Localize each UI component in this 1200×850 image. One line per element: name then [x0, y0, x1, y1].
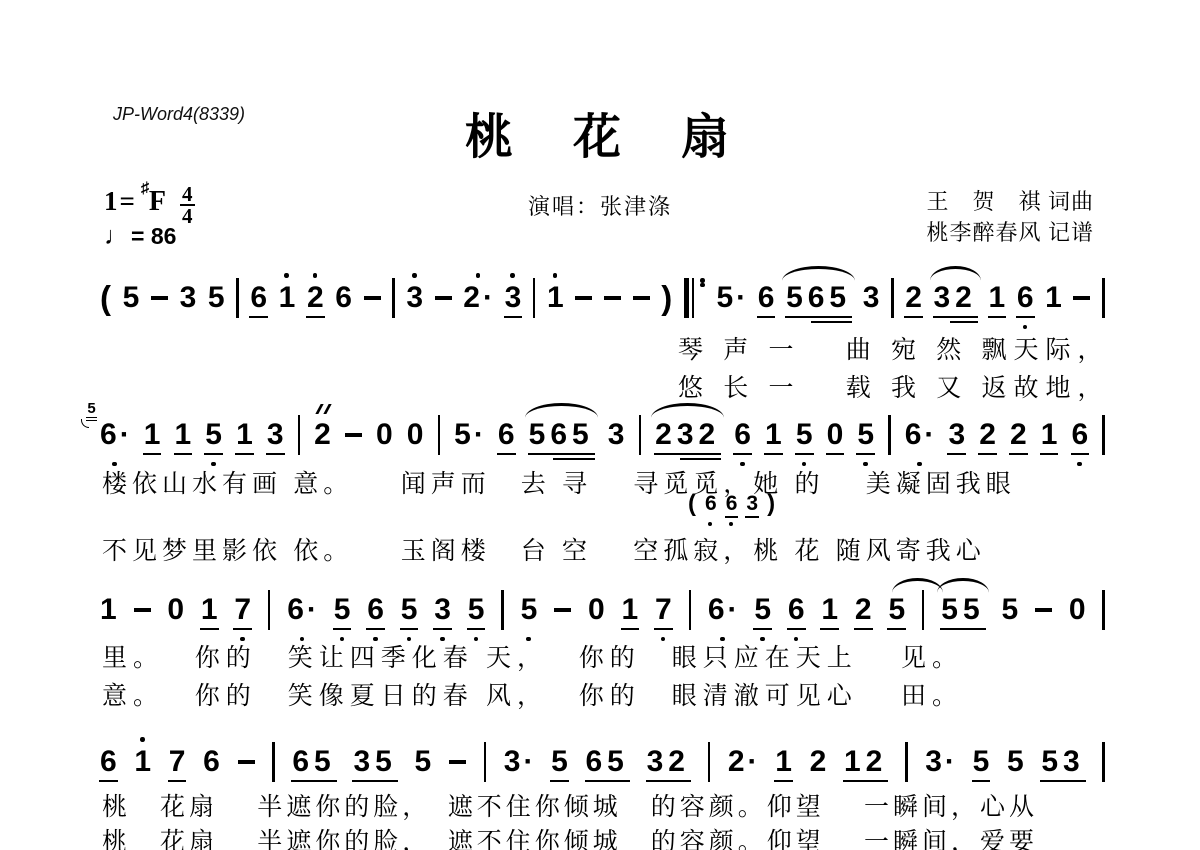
- note: 0: [407, 419, 424, 451]
- note: 1: [100, 594, 117, 626]
- note-digit: 2: [314, 419, 331, 451]
- note: 3: [434, 594, 451, 626]
- beam-line: [497, 453, 516, 456]
- lyric-row: 桃 花扇 半遮你的脸， 遮不住你倾城 的容颜。仰望 一瞬间，爱要: [102, 822, 1162, 850]
- note: 53: [1041, 746, 1084, 778]
- note: 5: [205, 419, 222, 451]
- barline: [484, 742, 487, 782]
- note: 1: [765, 419, 782, 451]
- note-digit: 1: [144, 419, 161, 451]
- notation-mark: [86, 417, 97, 419]
- octave-dot-above: [510, 273, 515, 278]
- note: 6: [335, 282, 352, 314]
- beam-line: [785, 316, 852, 319]
- note: 32: [647, 746, 690, 778]
- beam-line: [400, 628, 419, 631]
- note-digit: 7: [169, 746, 186, 778]
- tie-arc: [782, 266, 855, 281]
- beam-line: [787, 628, 806, 631]
- note-digit: 1: [134, 746, 151, 778]
- note: 6: [250, 282, 267, 314]
- note: 0: [167, 594, 184, 626]
- note: 2: [810, 746, 827, 778]
- barline: [708, 742, 711, 782]
- note-digit: 6: [758, 282, 775, 314]
- note-digit: 32: [647, 746, 690, 778]
- augmentation-dot: ·: [945, 746, 955, 778]
- note: 5: [1001, 594, 1018, 626]
- beam-line: [306, 316, 325, 319]
- augmentation-dot: ·: [523, 746, 533, 778]
- note-digit: 6: [203, 746, 220, 778]
- augmentation-dot: ·: [120, 419, 130, 451]
- tie-arc: [937, 578, 988, 593]
- note-digit: 5: [754, 594, 771, 626]
- notation-mark: [684, 278, 689, 318]
- music-line-1: (535612632·31)5·65653232161: [100, 276, 1105, 320]
- beam-line: [826, 453, 845, 456]
- beam-line: [1040, 453, 1059, 456]
- note-digit: 1: [279, 282, 296, 314]
- lyric-row: 桃 花扇 半遮你的脸， 遮不住你倾城 的容颜。仰望 一瞬间，心从: [102, 787, 1162, 823]
- grace-note: 5: [86, 401, 97, 416]
- beam-line: [1040, 780, 1085, 783]
- note-digit: 6: [1017, 282, 1034, 314]
- repeat-open-sign: [684, 278, 705, 318]
- dash-note: [575, 296, 592, 300]
- beam-line: [680, 458, 721, 461]
- note: 6: [100, 746, 117, 778]
- note: 3: [180, 282, 197, 314]
- note-digit: 6: [498, 419, 515, 451]
- note: 1: [175, 419, 192, 451]
- note-digit: 53: [1041, 746, 1084, 778]
- notation-mark: [700, 283, 705, 288]
- note-digit: 3: [406, 282, 423, 314]
- note-digit: 1: [1041, 419, 1058, 451]
- transcriber-credit: 桃李醉春风 记谱: [926, 217, 1094, 248]
- composer-credit: 王 贺 祺 词曲: [926, 186, 1094, 217]
- note-digit: 1: [100, 594, 117, 626]
- note: 5: [208, 282, 225, 314]
- beam-line: [753, 628, 772, 631]
- beam-line: [168, 780, 187, 783]
- note-digit: 3: [434, 594, 451, 626]
- note-digit: 1: [775, 746, 792, 778]
- beam-line: [467, 628, 486, 631]
- beam-line: [1016, 316, 1035, 319]
- note: 5: [888, 594, 905, 626]
- tempo-value: = 86: [131, 223, 176, 250]
- octave-dot-above: [140, 737, 145, 742]
- dash-note: [345, 433, 362, 437]
- note-digit: 3: [948, 419, 965, 451]
- dash-note: [449, 760, 466, 764]
- note: 6: [758, 282, 775, 314]
- note-digit: 5: [796, 419, 813, 451]
- music-line-2: 56·115132005·65653232615056·32216: [100, 413, 1105, 457]
- note: 5·: [716, 282, 746, 314]
- beam-line: [235, 453, 254, 456]
- note: 0: [376, 419, 393, 451]
- beam-line: [99, 780, 118, 783]
- note: 1: [622, 594, 639, 626]
- beam-line: [266, 453, 285, 456]
- beam-line: [745, 516, 759, 518]
- note: 1: [1041, 419, 1058, 451]
- note: 7: [169, 746, 186, 778]
- note: 1: [547, 282, 564, 314]
- note: 5: [401, 594, 418, 626]
- note-digit: 5: [415, 746, 432, 778]
- note-digit: 3: [267, 419, 284, 451]
- note-digit: 1: [236, 419, 253, 451]
- beam-line: [585, 780, 630, 783]
- note: 5·: [454, 419, 484, 451]
- note-digit: 5: [1001, 594, 1018, 626]
- note: 1: [989, 282, 1006, 314]
- note: 3: [406, 282, 423, 314]
- tie-arc: [525, 403, 598, 418]
- octave-dot-above: [284, 273, 289, 278]
- note-digit: 5: [334, 594, 351, 626]
- augmentation-dot: ·: [307, 594, 317, 626]
- note-digit: 6: [100, 746, 117, 778]
- barline: [533, 278, 536, 318]
- beam-line: [528, 453, 595, 456]
- note: 6: [1017, 282, 1034, 314]
- note: 1: [279, 282, 296, 314]
- note: 1: [144, 419, 161, 451]
- lyric-row: 悠 长 一 载 我 又 返故地，: [102, 368, 1200, 404]
- note: 65: [586, 746, 629, 778]
- note-digit: 5: [973, 746, 990, 778]
- beam-line: [621, 628, 640, 631]
- note-digit: 5: [888, 594, 905, 626]
- note-digit: 232: [655, 419, 720, 451]
- note-digit: 3: [180, 282, 197, 314]
- note: 6: [367, 594, 384, 626]
- note-digit: 5: [208, 282, 225, 314]
- note: 1: [201, 594, 218, 626]
- note: 3: [505, 282, 522, 314]
- octave-dot-below: [729, 522, 733, 526]
- note-digit: 2: [810, 746, 827, 778]
- note: 1: [775, 746, 792, 778]
- lyric-row: 琴 声 一 曲 宛 然 飘天际，: [102, 330, 1200, 366]
- beam-line: [550, 780, 569, 783]
- note: 5: [468, 594, 485, 626]
- note: 2: [979, 419, 996, 451]
- beam-line: [887, 628, 906, 631]
- beam-line: [233, 628, 252, 631]
- beam-line: [249, 316, 268, 319]
- note-digit: 65: [586, 746, 629, 778]
- beam-line: [795, 453, 814, 456]
- music-line-4: 6176653553·565322·12123·5553: [100, 740, 1105, 784]
- note-digit: 65: [292, 746, 335, 778]
- note: 2·: [463, 282, 493, 314]
- note-digit: 1: [765, 419, 782, 451]
- beam-line: [774, 780, 793, 783]
- note: 565: [529, 419, 594, 451]
- note-digit: 1: [821, 594, 838, 626]
- octave-dot-above: [412, 273, 417, 278]
- note-digit: 5: [401, 594, 418, 626]
- note: 7: [234, 594, 251, 626]
- note-digit: 3: [863, 282, 880, 314]
- repeat-dots: [700, 278, 705, 318]
- note: 3: [948, 419, 965, 451]
- barline: [905, 742, 908, 782]
- note-digit: 5: [857, 419, 874, 451]
- note: 5: [857, 419, 874, 451]
- beam-line: [291, 780, 336, 783]
- note-digit: 0: [827, 419, 844, 451]
- note-digit: 3: [925, 746, 942, 778]
- octave-dot-below: [708, 522, 712, 526]
- barline: [1102, 742, 1105, 782]
- beam-line: [733, 453, 752, 456]
- note-digit: 5: [468, 594, 485, 626]
- note: 0: [588, 594, 605, 626]
- note-digit: 5: [551, 746, 568, 778]
- note: 6: [498, 419, 515, 451]
- note-digit: 3: [504, 746, 521, 778]
- barline: [392, 278, 395, 318]
- notation-mark: [692, 278, 695, 318]
- augmentation-dot: ·: [474, 419, 484, 451]
- beam-line: [553, 458, 594, 461]
- note-digit: 2: [905, 282, 922, 314]
- note: 5: [123, 282, 140, 314]
- note-digit: 0: [407, 419, 424, 451]
- note: 1: [1045, 282, 1062, 314]
- note-digit: 5: [1007, 746, 1024, 778]
- key-tonic: F: [149, 186, 166, 218]
- barline: [689, 590, 692, 630]
- meter-numerator: 4: [180, 184, 195, 206]
- note: 5: [521, 594, 538, 626]
- note: 5: [1007, 746, 1024, 778]
- note-digit: 6: [250, 282, 267, 314]
- note-digit: 6: [100, 419, 117, 451]
- beam-line: [143, 453, 162, 456]
- note: 12: [844, 746, 887, 778]
- note-digit: 2: [855, 594, 872, 626]
- notation-mark: [315, 404, 323, 414]
- beam-line: [433, 628, 452, 631]
- song-title: 桃 花 扇: [0, 98, 1200, 167]
- beam-line: [811, 321, 852, 324]
- beam-line: [764, 453, 783, 456]
- octave-dot-below: [1023, 325, 1028, 330]
- sheet-music-page: JP-Word4(8339) 桃 花 扇 演唱：张津涤 王 贺 祺 词曲 桃李醉…: [0, 0, 1200, 850]
- barline: [298, 415, 301, 455]
- beam-line: [856, 453, 875, 456]
- note: 1: [236, 419, 253, 451]
- note: 5: [415, 746, 432, 778]
- note-digit: 6: [905, 419, 922, 451]
- note-digit: 1: [622, 594, 639, 626]
- note: 7: [655, 594, 672, 626]
- note: 1: [134, 746, 151, 778]
- note: 5: [754, 594, 771, 626]
- note: 55: [941, 594, 984, 626]
- note-digit: 5: [454, 419, 471, 451]
- note-digit: 5: [123, 282, 140, 314]
- dash-note: [134, 608, 151, 612]
- note-digit: 0: [167, 594, 184, 626]
- note-digit: 6: [1072, 419, 1089, 451]
- note-digit: 5: [716, 282, 733, 314]
- note: 232: [655, 419, 720, 451]
- beam-line: [988, 316, 1007, 319]
- dash-note: [604, 296, 621, 300]
- beam-line: [933, 316, 978, 319]
- beam-line: [1009, 453, 1028, 456]
- beam-line: [950, 321, 978, 324]
- beam-line: [366, 628, 385, 631]
- note-digit: 3: [608, 419, 625, 451]
- tie-arc: [651, 403, 724, 418]
- note: 3·: [504, 746, 534, 778]
- lyric-row: 里。 你的 笑让四季化春 天， 你的 眼只应在天上 见。: [102, 638, 1162, 674]
- dash-note: [554, 608, 571, 612]
- time-signature: 4 4: [180, 184, 195, 226]
- note-digit: 6: [287, 594, 304, 626]
- beam-line: [504, 316, 523, 319]
- lyric-row: 楼依山水有画 意。 闻声而 去 寻 寻觅觅，她 的 美凝固我眼: [102, 464, 1162, 500]
- note-digit: 1: [175, 419, 192, 451]
- beam-line: [940, 628, 985, 631]
- note: 65: [292, 746, 335, 778]
- note-digit: 565: [786, 282, 851, 314]
- note: 3: [863, 282, 880, 314]
- augmentation-dot: ·: [736, 282, 746, 314]
- note: 6: [1072, 419, 1089, 451]
- note-digit: 0: [376, 419, 393, 451]
- note-digit: 2: [1010, 419, 1027, 451]
- dash-note: [633, 296, 650, 300]
- note-digit: 2: [979, 419, 996, 451]
- note-digit: 565: [529, 419, 594, 451]
- beam-line: [854, 628, 873, 631]
- beam-line: [646, 780, 691, 783]
- note-digit: 7: [655, 594, 672, 626]
- note: 5: [334, 594, 351, 626]
- note-digit: (: [100, 282, 111, 314]
- note-digit: 32: [934, 282, 977, 314]
- parenthesis: ): [661, 282, 672, 314]
- note: 3: [267, 419, 284, 451]
- note: 56·: [100, 419, 130, 451]
- note-digit: 6: [335, 282, 352, 314]
- tie-arc: [892, 578, 943, 593]
- beam-line: [843, 780, 888, 783]
- notation-mark: [323, 404, 331, 414]
- quarter-note-icon: ♩: [104, 222, 129, 251]
- beam-line: [333, 628, 352, 631]
- dash-note: [1035, 608, 1052, 612]
- parenthesis: (: [100, 282, 111, 314]
- beam-line: [654, 453, 721, 456]
- tempo-marking: ♩ = 86: [104, 222, 176, 251]
- beam-line: [904, 316, 923, 319]
- note-digit: 2: [307, 282, 324, 314]
- note-digit: 35: [353, 746, 396, 778]
- octave-dot-above: [313, 273, 318, 278]
- note-digit: 1: [547, 282, 564, 314]
- dash-note: [151, 296, 168, 300]
- note-digit: 6: [708, 594, 725, 626]
- note-digit: 0: [1069, 594, 1086, 626]
- beam-line: [972, 780, 991, 783]
- note: 5: [551, 746, 568, 778]
- note: 2: [307, 282, 324, 314]
- grace-slur: [81, 419, 89, 428]
- note: 2: [1010, 419, 1027, 451]
- note-digit: 12: [844, 746, 887, 778]
- note: 565: [786, 282, 851, 314]
- barline: [891, 278, 894, 318]
- note: 1: [821, 594, 838, 626]
- note: 6: [203, 746, 220, 778]
- note: 6·: [708, 594, 738, 626]
- beam-line: [978, 453, 997, 456]
- barline: [888, 415, 891, 455]
- augmentation-dot: ·: [728, 594, 738, 626]
- barline: [922, 590, 925, 630]
- lyric-row: 意。 你的 笑像夏日的春 风， 你的 眼清澈可见心 田。: [102, 676, 1162, 712]
- beam-line: [200, 628, 219, 631]
- note: 0: [827, 419, 844, 451]
- note: 2: [855, 594, 872, 626]
- note-digit: 1: [1045, 282, 1062, 314]
- barline: [268, 590, 271, 630]
- beam-line: [725, 516, 739, 518]
- note: 3·: [925, 746, 955, 778]
- beam-line: [174, 453, 193, 456]
- key-prefix: 1=: [104, 186, 137, 217]
- dash-note: [1073, 296, 1090, 300]
- note: 2: [314, 419, 331, 451]
- beam-line: [654, 628, 673, 631]
- note-digit: 1: [201, 594, 218, 626]
- barline: [236, 278, 239, 318]
- barline: [1102, 415, 1105, 455]
- note-digit: 2: [728, 746, 745, 778]
- note: 6: [734, 419, 751, 451]
- notation-mark: [700, 278, 705, 283]
- barline: [438, 415, 441, 455]
- dash-note: [435, 296, 452, 300]
- note: 35: [353, 746, 396, 778]
- beam-line: [947, 453, 966, 456]
- octave-dot-above: [476, 273, 481, 278]
- augmentation-dot: ·: [924, 419, 934, 451]
- note: 6: [788, 594, 805, 626]
- note: 0: [1069, 594, 1086, 626]
- barline: [639, 415, 642, 455]
- note-digit: 5: [205, 419, 222, 451]
- dash-note: [364, 296, 381, 300]
- note: 32: [934, 282, 977, 314]
- beam-line: [352, 780, 397, 783]
- note-digit: 1: [989, 282, 1006, 314]
- note-digit: 5: [521, 594, 538, 626]
- note: 2: [905, 282, 922, 314]
